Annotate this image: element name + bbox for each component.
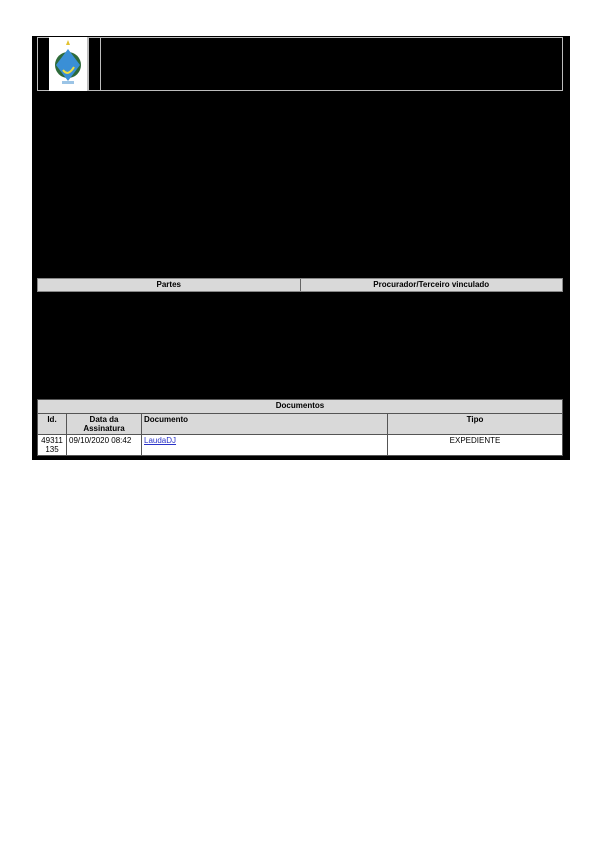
- partes-col: Partes: [38, 279, 301, 291]
- table-row: 49311135 09/10/2020 08:42 LaudaDJ EXPEDI…: [38, 435, 563, 456]
- doc-link[interactable]: LaudaDJ: [144, 436, 176, 445]
- redacted-area: [32, 36, 570, 460]
- doc-id: 49311135: [38, 435, 67, 456]
- documents-table: Documentos Id. Data da Assinatura Docume…: [37, 399, 563, 456]
- documents-title: Documentos: [38, 400, 563, 414]
- coat-of-arms-logo: [49, 37, 89, 91]
- col-id: Id.: [38, 414, 67, 435]
- doc-date: 09/10/2020 08:42: [67, 435, 142, 456]
- document-header: [37, 37, 563, 91]
- procurador-col: Procurador/Terceiro vinculado: [301, 279, 563, 291]
- header-divider: [100, 38, 101, 90]
- col-tipo: Tipo: [388, 414, 563, 435]
- partes-header: Partes Procurador/Terceiro vinculado: [37, 278, 563, 292]
- col-documento: Documento: [142, 414, 388, 435]
- col-data: Data da Assinatura: [67, 414, 142, 435]
- doc-tipo: EXPEDIENTE: [388, 435, 563, 456]
